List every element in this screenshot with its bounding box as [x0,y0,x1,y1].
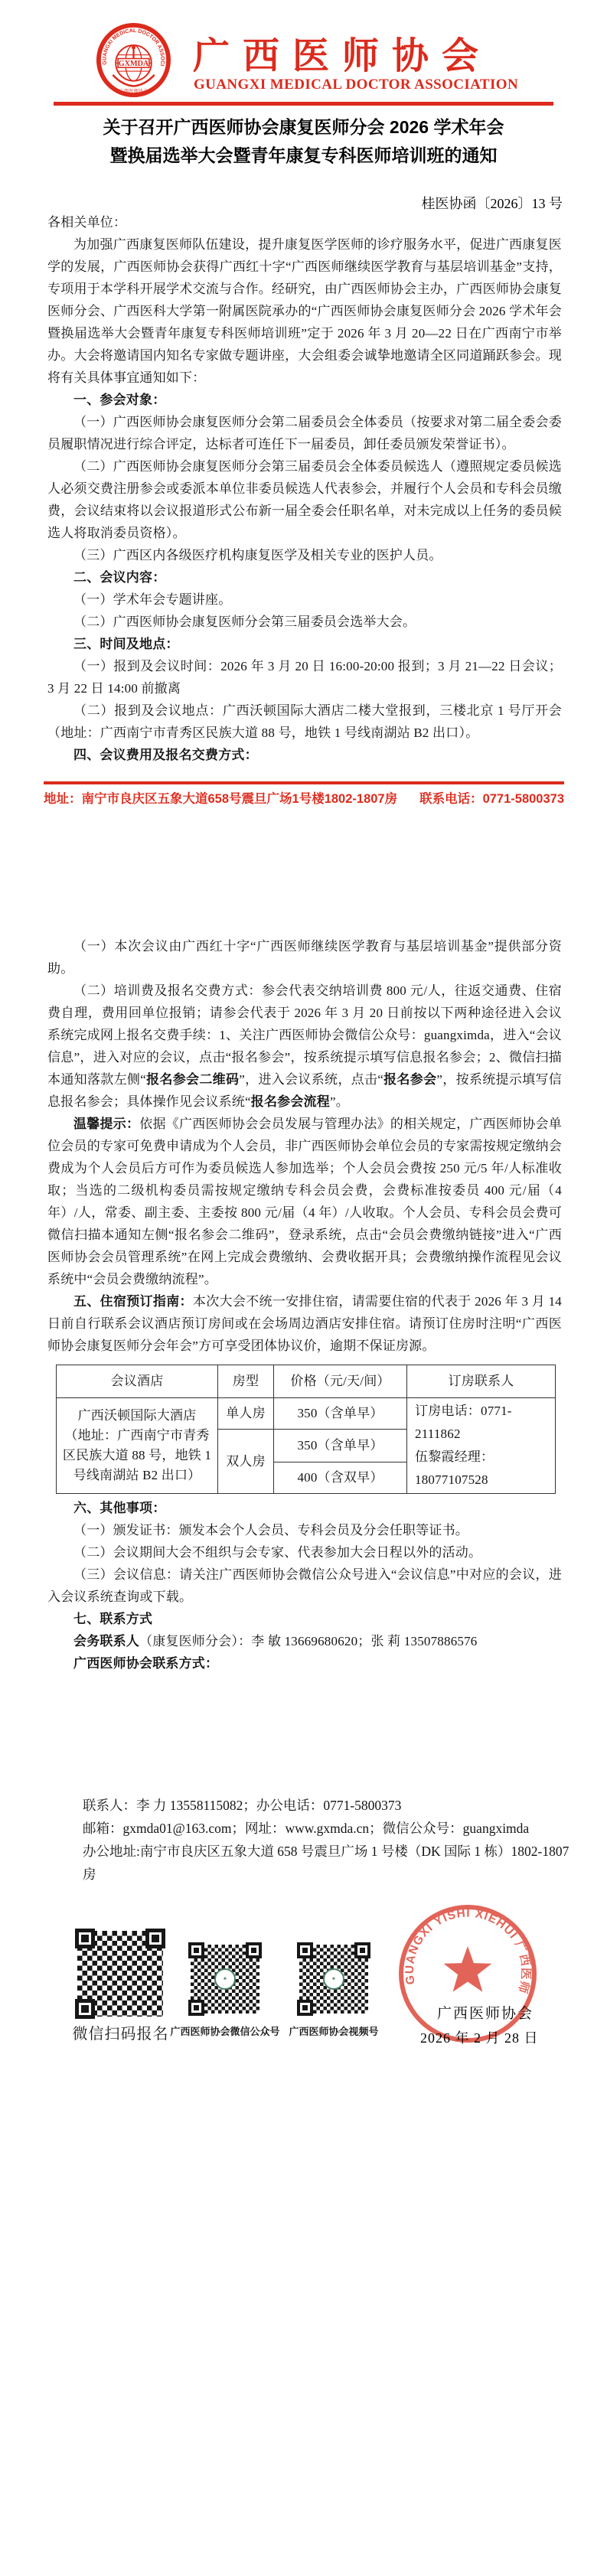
paragraph: （一）颁发证书：颁发本会个人会员、专科会员及分会任职等证书。 [47,1519,562,1541]
text-segment: （康复医师分会）：李 敏 13669680620；张 莉 13507886576 [139,1634,478,1648]
col-header-room-type: 房型 [218,1365,274,1398]
page3-contact-block: 联系人：李 力 13558115082；办公电话：0771-5800373 邮箱… [83,1794,573,1886]
room-type-double: 双人房 [218,1430,274,1494]
official-seal: GUANGXI YISHI XIEHUI 广西医师协会 [395,1901,540,2046]
section-heading: 广西医师协会联系方式： [47,1652,562,1674]
seal-star-icon [444,1946,492,1992]
text-segment: 广西医师协会联系方式： [73,1656,218,1671]
paragraph: （一）广西医师协会康复医师分会第二届委员会全体委员（按要求对第二届全委会委员履职… [47,411,562,455]
col-header-price: 价格（元/天/间） [274,1365,407,1398]
text-segment: （一）颁发证书：颁发本会个人会员、专科会员及分会任职等证书。 [73,1523,468,1537]
text-segment: 六、其他事项： [73,1501,165,1515]
paragraph: （二）会议期间大会不组织与会专家、代表参加大会日程以外的活动。 [47,1541,562,1564]
section-heading: 四、会议费用及报名交费方式： [47,744,562,766]
paragraph: （二）广西医师协会康复医师分会第三届委员会选举大会。 [47,611,562,633]
footer-phone: 联系电话：0771-5800373 [419,788,564,807]
hotel-table: 会议酒店 房型 价格（元/天/间） 订房联系人 广西沃顿国际大酒店 （地址：广西… [56,1365,556,1494]
text-segment: （二）报到及会议地点：广西沃顿国际大酒店二楼大堂报到，三楼北京 1 号厅开会（地… [47,703,562,740]
text-segment: ”。 [330,1094,349,1109]
notice-title-line1: 关于召开广西医师协会康复医师分会 2026 学术年会 [0,113,607,142]
page2-section-b: 六、其他事项：（一）颁发证书：颁发本会个人会员、专科会员及分会任职等证书。（二）… [47,1497,562,1674]
paragraph: （二）报到及会议地点：广西沃顿国际大酒店二楼大堂报到，三楼北京 1 号厅开会（地… [47,699,562,744]
text-segment: （一）本次会议由广西红十字“广西医师继续医学教育与基层培训基金”提供部分资助。 [47,939,562,976]
text-segment: 会务联系人 [73,1634,139,1648]
qr-finder-icon [188,2000,204,2016]
qr-finder-icon [75,1929,95,1948]
text-segment: 报名参会流程 [251,1094,330,1109]
registration-qr-code [75,1929,165,2019]
price-single: 350（含单早） [274,1398,407,1430]
text-segment: 四、会议费用及报名交费方式： [73,748,258,762]
qr-finder-icon [246,1942,262,1958]
paragraph: 各相关单位： [47,211,562,233]
qr-center-logo-icon: ♣ [214,1968,236,1990]
text-segment: 二、会议内容： [73,570,165,585]
contact-line: 联系人：李 力 13558115082；办公电话：0771-5800373 [83,1794,573,1817]
qr-finder-icon [297,1942,313,1958]
paragraph: 为加强广西康复医师队伍建设，提升康复医学医师的诊疗服务水平，促进广西康复医学的发… [47,233,562,389]
section-heading: 一、参会对象： [47,389,562,411]
text-segment: 为加强广西康复医师队伍建设，提升康复医学医师的诊疗服务水平，促进广西康复医学的发… [47,237,562,385]
text-segment: （二）培训费及报名交费方式：参会代表交纳培训费 800 元/人，往返交通费、住宿… [47,983,562,1087]
text-segment: ”，进入会议系统，点击“ [239,1072,383,1087]
paragraph: （一）学术年会专题讲座。 [47,589,562,611]
text-segment: 报名参会二维码 [146,1072,239,1087]
room-type-single: 单人房 [218,1398,274,1430]
paragraph: 五、住宿预订指南：本次大会不统一安排住宿，请需要住宿的代表于 2026 年 3 … [47,1290,562,1357]
text-segment: （二）广西医师协会康复医师分会第三届委员会全体委员候选人（遵照规定委员候选人必须… [47,459,562,540]
booking-phone: 订房电话：0771-2111862 [415,1400,552,1446]
notice-title: 关于召开广西医师协会康复医师分会 2026 学术年会 暨换届选举大会暨青年康复专… [0,113,607,170]
association-emblem-icon: GUANGXI MEDICAL DOCTOR ASSOCIATION GXMDA… [96,23,171,97]
text-segment: （三）广西区内各级医疗机构康复医学及相关专业的医护人员。 [73,548,442,562]
header-divider [54,102,553,106]
paragraph: （三）会议信息：请关注广西医师协会微信公众号进入“会议信息”中对应的会议，进入会… [47,1564,562,1608]
text-segment: 七、联系方式 [73,1612,152,1626]
page1-body: 各相关单位：为加强广西康复医师队伍建设，提升康复医学医师的诊疗服务水平，促进广西… [47,211,562,766]
text-segment: （三）会议信息：请关注广西医师协会微信公众号进入“会议信息”中对应的会议，进入会… [47,1567,562,1604]
page-footer: 地址：南宁市良庆区五象大道658号震旦广场1号楼1802-1807房 联系电话：… [44,788,564,807]
col-header-hotel: 会议酒店 [57,1365,218,1398]
text-segment: 各相关单位： [47,215,126,230]
table-header-row: 会议酒店 房型 价格（元/天/间） 订房联系人 [57,1365,556,1398]
video-channel-qr-code: ♣ [297,1942,370,2016]
price-double-1: 350（含单早） [274,1430,407,1462]
text-segment: 依据《广西医师协会会员发展与管理办法》的相关规定，广西医师协会单位会员的专家可免… [47,1117,562,1286]
footer-address: 地址：南宁市良庆区五象大道658号震旦广场1号楼1802-1807房 [44,788,397,807]
text-segment: 三、时间及地点： [73,637,179,651]
qr-finder-icon [75,1999,95,2019]
qr-center-logo-icon: ♣ [323,1968,344,1990]
text-segment: （一）广西医师协会康复医师分会第二届委员会全体委员（按要求对第二届全委会委员履职… [47,415,562,452]
booking-manager: 伍黎霞经理：18077107528 [415,1446,552,1492]
booking-contact-cell: 订房电话：0771-2111862 伍黎霞经理：18077107528 [407,1398,556,1494]
association-logo: GUANGXI MEDICAL DOCTOR ASSOCIATION GXMDA… [96,23,171,97]
hotel-address: （地址：广西南宁市青秀区民族大道 88 号，地铁 1 号线南湖站 B2 出口） [60,1426,214,1485]
page2-body: （一）本次会议由广西红十字“广西医师继续医学教育与基层培训基金”提供部分资助。（… [47,935,562,1674]
price-double-2: 400（含双早） [274,1462,407,1494]
text-segment: 五、住宿预订指南： [73,1294,193,1309]
section-heading: 三、时间及地点： [47,633,562,655]
paragraph: （三）广西区内各级医疗机构康复医学及相关专业的医护人员。 [47,544,562,566]
seal-icon: GUANGXI YISHI XIEHUI 广西医师协会 [395,1901,540,2046]
text-segment: 一、参会对象： [73,393,165,407]
qr-finder-icon [297,2000,313,2016]
emblem-center-text: GXMDA [119,60,149,68]
text-segment: （一）报到及会议时间：2026 年 3 月 20 日 16:00-20:00 报… [47,659,562,696]
table-row: 广西沃顿国际大酒店 （地址：广西南宁市青秀区民族大道 88 号，地铁 1 号线南… [57,1398,556,1430]
paragraph: 会务联系人（康复医师分会）：李 敏 13669680620；张 莉 135078… [47,1630,562,1652]
section-heading: 六、其他事项： [47,1497,562,1519]
footer-divider [44,781,564,784]
section-heading: 七、联系方式 [47,1608,562,1630]
document-number: 桂医协函〔2026〕13 号 [422,193,563,213]
paragraph: （一）报到及会议时间：2026 年 3 月 20 日 16:00-20:00 报… [47,655,562,699]
wechat-official-account-qr-code: ♣ [188,1942,262,2016]
text-segment: （一）学术年会专题讲座。 [73,592,231,607]
page2-section-a: （一）本次会议由广西红十字“广西医师继续医学教育与基层培训基金”提供部分资助。（… [47,935,562,1357]
qr-finder-icon [188,1942,204,1958]
notice-title-line2: 暨换届选举大会暨青年康复专科医师培训班的通知 [0,142,607,170]
paragraph: （一）本次会议由广西红十字“广西医师继续医学教育与基层培训基金”提供部分资助。 [47,935,562,980]
text-segment: 温馨提示： [73,1117,139,1131]
contact-line: 办公地址:南宁市良庆区五象大道 658 号震旦广场 1 号楼（DK 国际 1 栋… [83,1840,573,1886]
hotel-name: 广西沃顿国际大酒店 [60,1406,214,1426]
text-segment: 报名参会 [383,1072,436,1087]
hotel-cell: 广西沃顿国际大酒店 （地址：广西南宁市青秀区民族大道 88 号，地铁 1 号线南… [57,1398,218,1494]
association-name-cn: 广西医师协会 [193,26,491,79]
col-header-contact: 订房联系人 [407,1365,556,1398]
section-heading: 二、会议内容： [47,566,562,589]
paragraph: 温馨提示：依据《广西医师协会会员发展与管理办法》的相关规定，广西医师协会单位会员… [47,1113,562,1290]
qr-finder-icon [354,1942,370,1958]
text-segment: （二）广西医师协会康复医师分会第三届委员会选举大会。 [73,615,416,629]
paragraph: （二）培训费及报名交费方式：参会代表交纳培训费 800 元/人，往返交通费、住宿… [47,980,562,1113]
contact-line: 邮箱：gxmda01@163.com；网址：www.gxmda.cn；微信公众号… [83,1817,573,1840]
association-name-en: GUANGXI MEDICAL DOCTOR ASSOCIATION [194,77,518,93]
paragraph: （二）广西医师协会康复医师分会第三届委员会全体委员候选人（遵照规定委员候选人必须… [47,455,562,544]
qr-label-video-channel: 广西医师协会视频号 [269,2023,398,2038]
qr-finder-icon [145,1929,165,1948]
emblem-bottom-text: 广西医师协会 [119,87,148,94]
text-segment: （二）会议期间大会不组织与会专家、代表参加大会日程以外的活动。 [73,1545,481,1560]
